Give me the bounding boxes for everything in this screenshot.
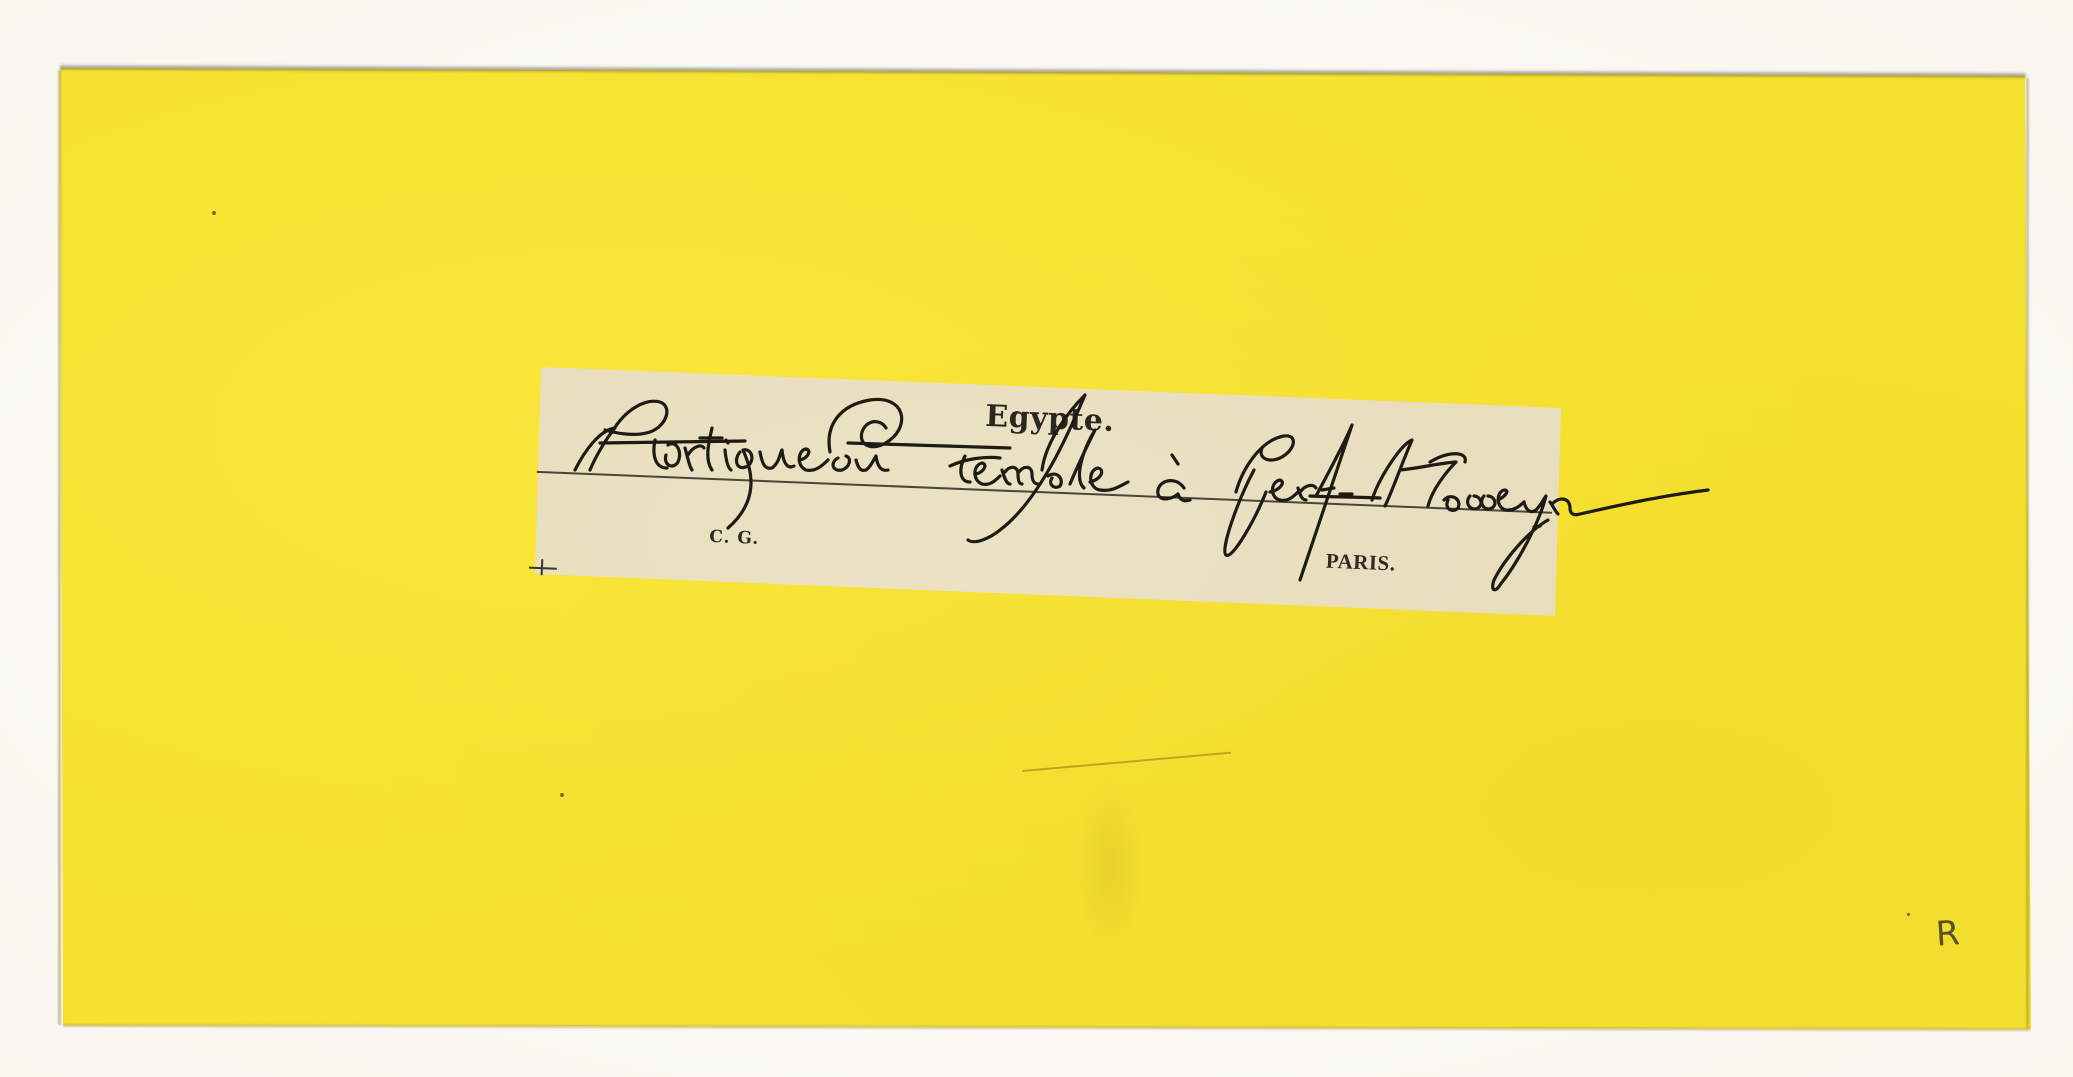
handwritten-caption-text: Portique du temple à Gerf-Hosseyn: [0, 0, 1, 1]
card-speck: [212, 211, 216, 215]
printed-city: PARIS.: [1325, 549, 1396, 577]
card-right-edge: [2026, 78, 2029, 1028]
printed-title: Egypte.: [985, 399, 1115, 439]
card-stain: [1075, 780, 1145, 950]
card-speck: [560, 793, 564, 797]
crop-mark: [529, 559, 558, 576]
scanned-document: Egypte. C. G. PARIS. Portique du temple …: [0, 0, 2073, 1077]
card-left-edge: [58, 70, 61, 1025]
card-speck: [1907, 913, 1910, 916]
corner-mark: R: [1935, 913, 1961, 955]
label-content: Egypte. C. G. PARIS.: [533, 367, 1561, 616]
printed-photographer-initials: C. G.: [709, 527, 760, 549]
printed-rule: [537, 471, 1552, 514]
